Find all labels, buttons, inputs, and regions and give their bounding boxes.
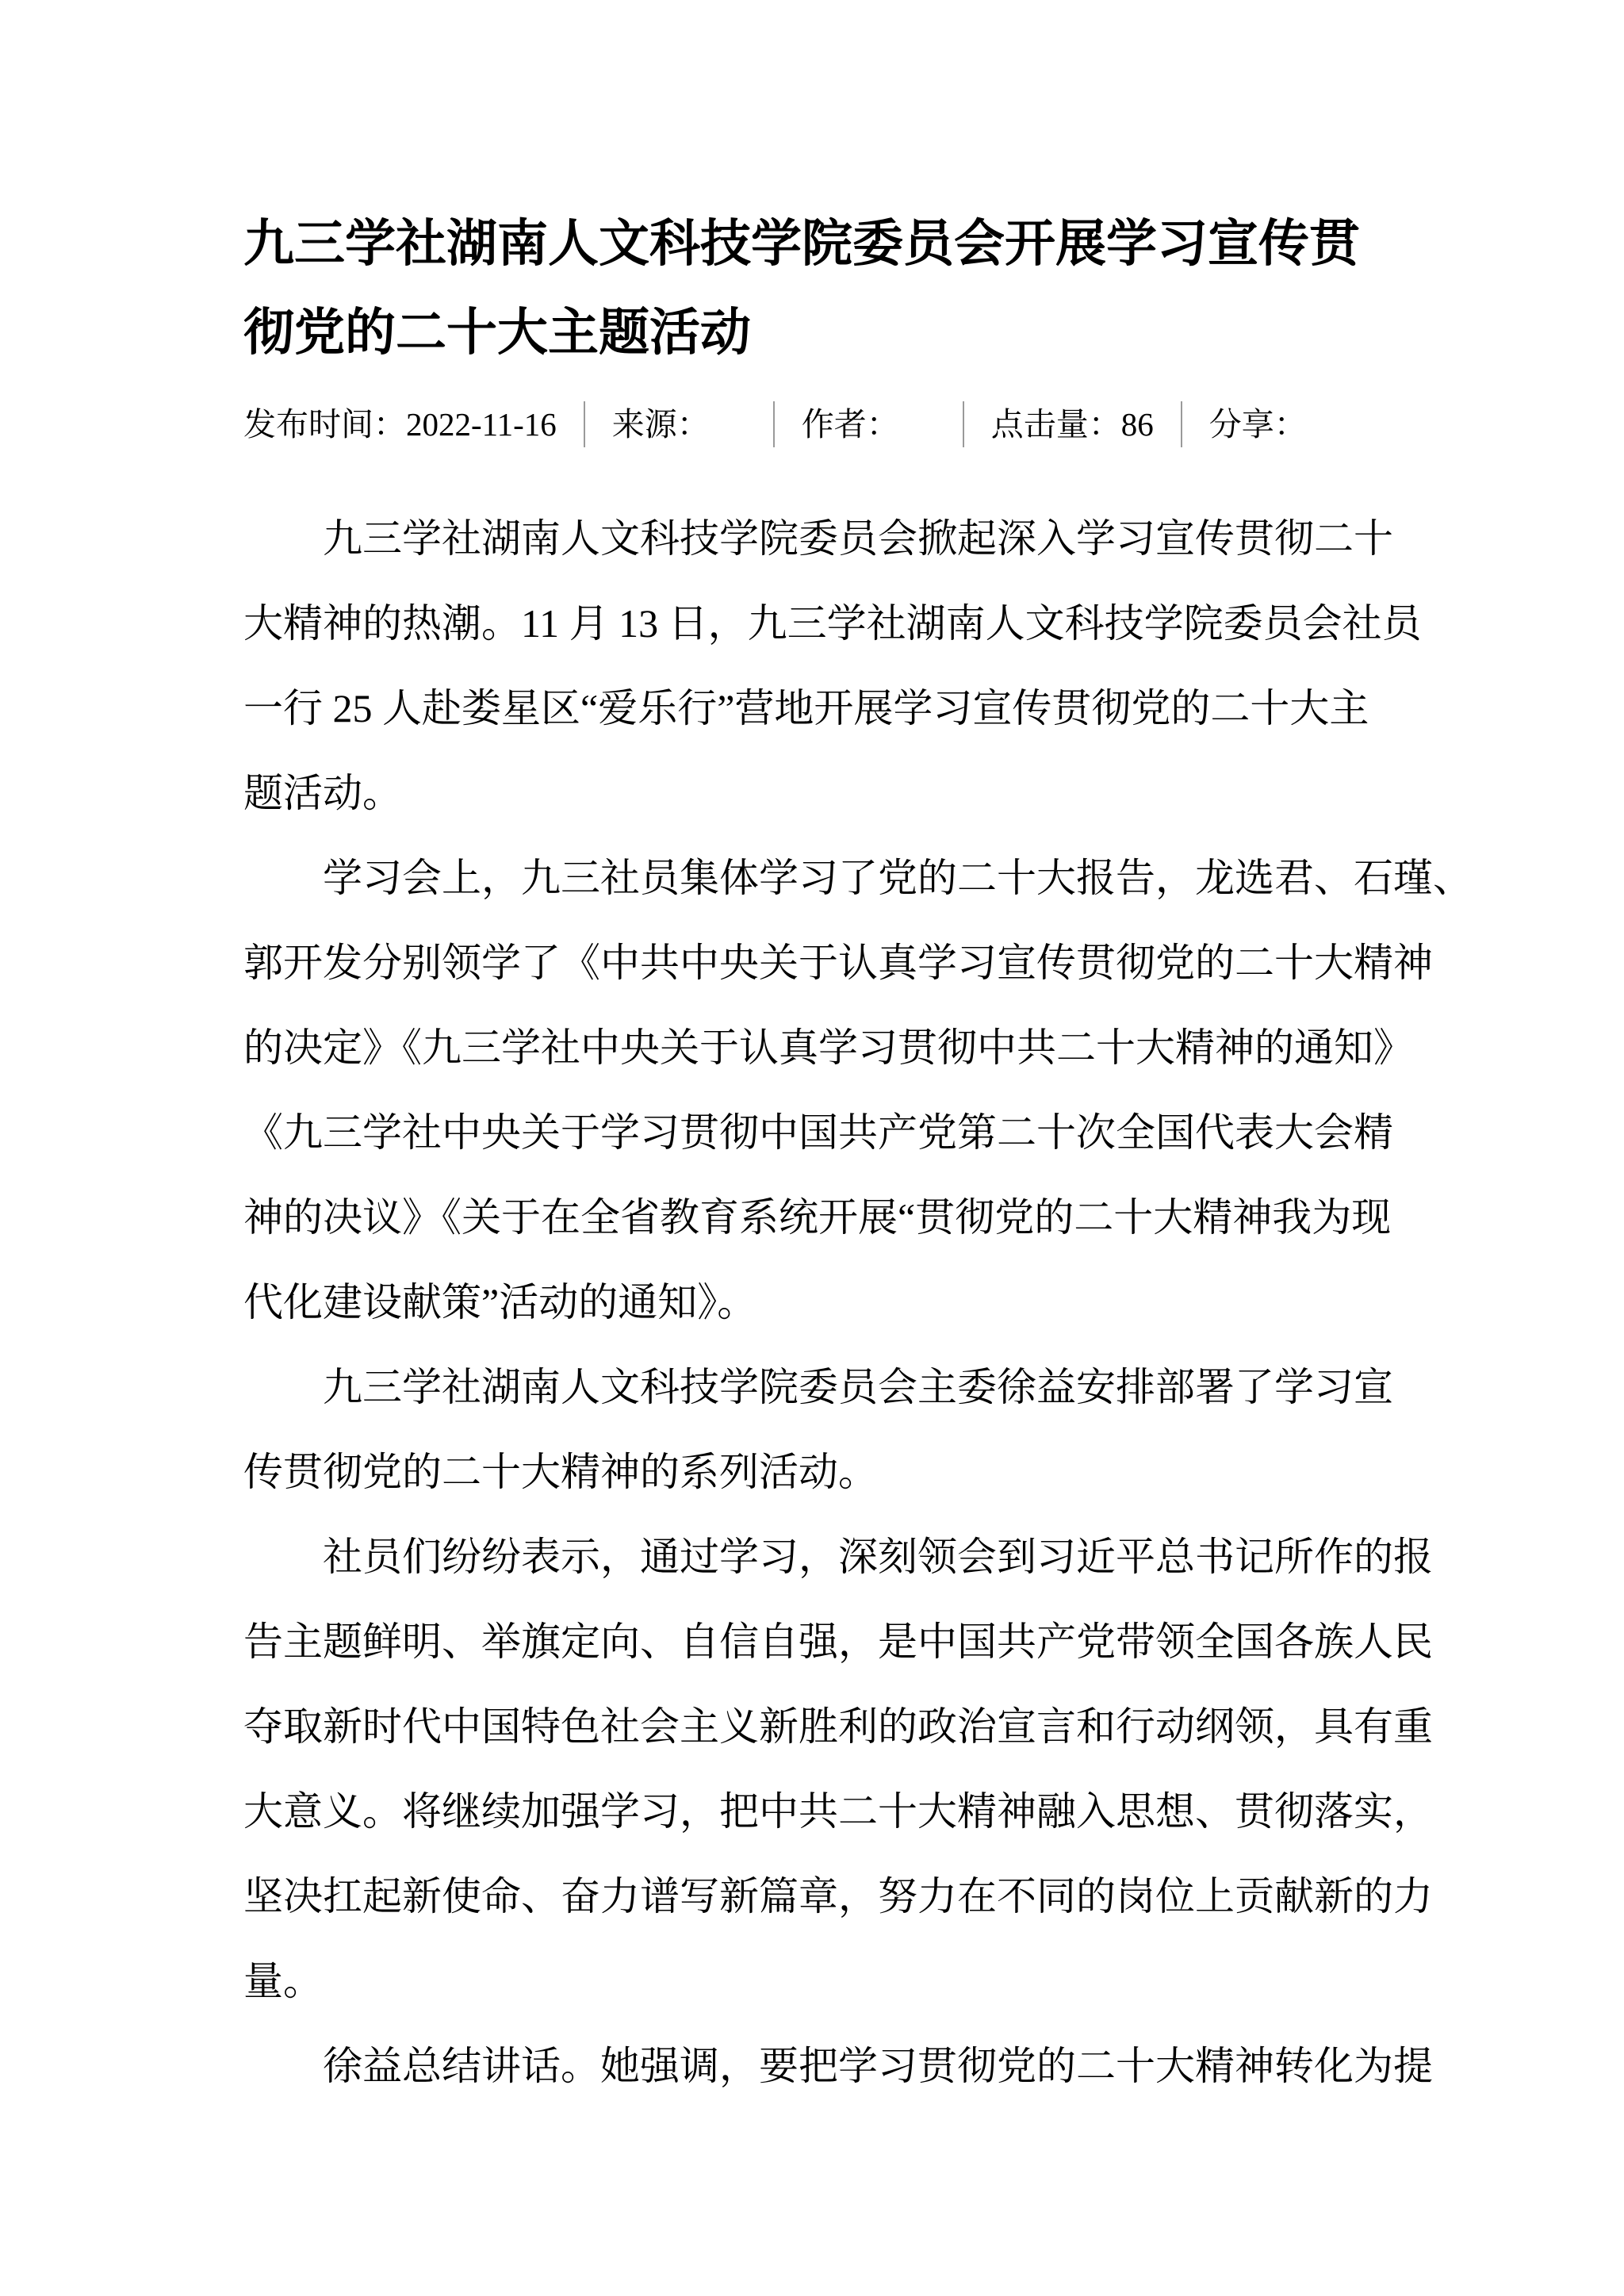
meta-divider [773, 401, 775, 447]
article-line: 代化建设献策”活动的通知》。 [243, 1260, 1382, 1345]
article-body: 九三学社湖南人文科技学院委员会掀起深入学习宣传贯彻二十 大精神的热潮。11 月 … [243, 496, 1382, 2109]
meta-hits: 点击量： 86 [991, 397, 1154, 452]
hits-label: 点击量： [991, 397, 1121, 452]
article-line: 徐益总结讲话。她强调，要把学习贯彻党的二十大精神转化为提 [243, 2024, 1382, 2109]
title-line-1: 九三学社湖南人文科技学院委员会开展学习宣传贯 [243, 200, 1382, 289]
meta-publish-time: 发布时间： 2022-11-16 [243, 397, 557, 452]
paragraph-5: 徐益总结讲话。她强调，要把学习贯彻党的二十大精神转化为提 [243, 2024, 1382, 2109]
meta-divider [1181, 401, 1182, 447]
article-line: 题活动。 [243, 751, 1382, 836]
document-page: 九三学社湖南人文科技学院委员会开展学习宣传贯 彻党的二十大主题活动 发布时间： … [0, 0, 1624, 2296]
paragraph-4: 社员们纷纷表示，通过学习，深刻领会到习近平总书记所作的报 告主题鲜明、举旗定向、… [243, 1515, 1382, 2024]
paragraph-1: 九三学社湖南人文科技学院委员会掀起深入学习宣传贯彻二十 大精神的热潮。11 月 … [243, 496, 1382, 836]
publish-time-value: 2022-11-16 [406, 397, 557, 452]
article-line: 神的决议》《关于在全省教育系统开展“贯彻党的二十大精神我为现 [243, 1175, 1382, 1260]
article-title: 九三学社湖南人文科技学院委员会开展学习宣传贯 彻党的二十大主题活动 [243, 200, 1382, 378]
article-line: 的决定》《九三学社中央关于认真学习贯彻中共二十大精神的通知》 [243, 1006, 1382, 1091]
article-line: 九三学社湖南人文科技学院委员会掀起深入学习宣传贯彻二十 [243, 496, 1382, 581]
source-label: 来源： [612, 397, 710, 452]
article-line: 郭开发分别领学了《中共中央关于认真学习宣传贯彻党的二十大精神 [243, 921, 1382, 1006]
paragraph-2: 学习会上，九三社员集体学习了党的二十大报告，龙选君、石瑾、 郭开发分别领学了《中… [243, 836, 1382, 1345]
paragraph-3: 九三学社湖南人文科技学院委员会主委徐益安排部署了学习宣 传贯彻党的二十大精神的系… [243, 1345, 1382, 1515]
article-line: 坚决扛起新使命、奋力谱写新篇章，努力在不同的岗位上贡献新的力 [243, 1854, 1382, 1939]
share-label: 分享： [1209, 397, 1307, 452]
meta-divider [963, 401, 964, 447]
article-line: 告主题鲜明、举旗定向、自信自强，是中国共产党带领全国各族人民 [243, 1600, 1382, 1685]
publish-time-label: 发布时间： [243, 397, 406, 452]
hits-value: 86 [1121, 397, 1154, 452]
article-line: 大精神的热潮。11 月 13 日，九三学社湖南人文科技学院委员会社员 [243, 581, 1382, 666]
article-line: 夺取新时代中国特色社会主义新胜利的政治宣言和行动纲领，具有重 [243, 1685, 1382, 1769]
author-label: 作者： [802, 397, 899, 452]
article-line: 传贯彻党的二十大精神的系列活动。 [243, 1430, 1382, 1515]
meta-divider [584, 401, 585, 447]
article-line: 九三学社湖南人文科技学院委员会主委徐益安排部署了学习宣 [243, 1345, 1382, 1430]
article-line: 一行 25 人赴娄星区“爱乐行”营地开展学习宣传贯彻党的二十大主 [243, 666, 1382, 751]
article-line: 学习会上，九三社员集体学习了党的二十大报告，龙选君、石瑾、 [243, 836, 1382, 921]
meta-share: 分享： [1209, 397, 1307, 452]
title-line-2: 彻党的二十大主题活动 [243, 289, 1382, 378]
article-meta: 发布时间： 2022-11-16 来源： 作者： 点击量： 86 分享： [243, 397, 1382, 452]
article-line: 大意义。将继续加强学习，把中共二十大精神融入思想、贯彻落实， [243, 1769, 1382, 1854]
article-line: 量。 [243, 1939, 1382, 2024]
article-line: 《九三学社中央关于学习贯彻中国共产党第二十次全国代表大会精 [243, 1091, 1382, 1175]
article: 九三学社湖南人文科技学院委员会开展学习宣传贯 彻党的二十大主题活动 发布时间： … [243, 200, 1382, 2109]
meta-source: 来源： [612, 397, 746, 452]
meta-author: 作者： [802, 397, 936, 452]
article-line: 社员们纷纷表示，通过学习，深刻领会到习近平总书记所作的报 [243, 1515, 1382, 1600]
